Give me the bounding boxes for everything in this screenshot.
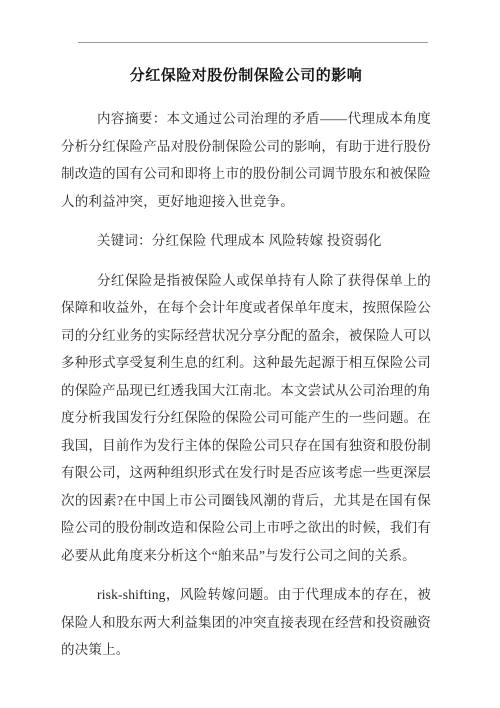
body-paragraph-1: 分红保险是指被保险人或保单持有人除了获得保单上的保障和收益外，在每个会计年度或者… bbox=[61, 267, 431, 570]
header-divider-line bbox=[78, 42, 428, 43]
body-paragraph-2: risk-shifting，风险转嫁问题。由于代理成本的存在，被保险人和股东两大… bbox=[61, 581, 431, 664]
document-content: 分红保险对股份制保险公司的影响 内容摘要：本文通过公司治理的矛盾——代理成本角度… bbox=[61, 60, 431, 676]
document-page: 分红保险对股份制保险公司的影响 内容摘要：本文通过公司治理的矛盾——代理成本角度… bbox=[0, 0, 500, 708]
abstract-paragraph: 内容摘要：本文通过公司治理的矛盾——代理成本角度分析分红保险产品对股份制保险公司… bbox=[61, 105, 431, 215]
keywords-paragraph: 关键词：分红保险 代理成本 风险转嫁 投资弱化 bbox=[61, 227, 431, 255]
document-title: 分红保险对股份制保险公司的影响 bbox=[61, 66, 431, 86]
